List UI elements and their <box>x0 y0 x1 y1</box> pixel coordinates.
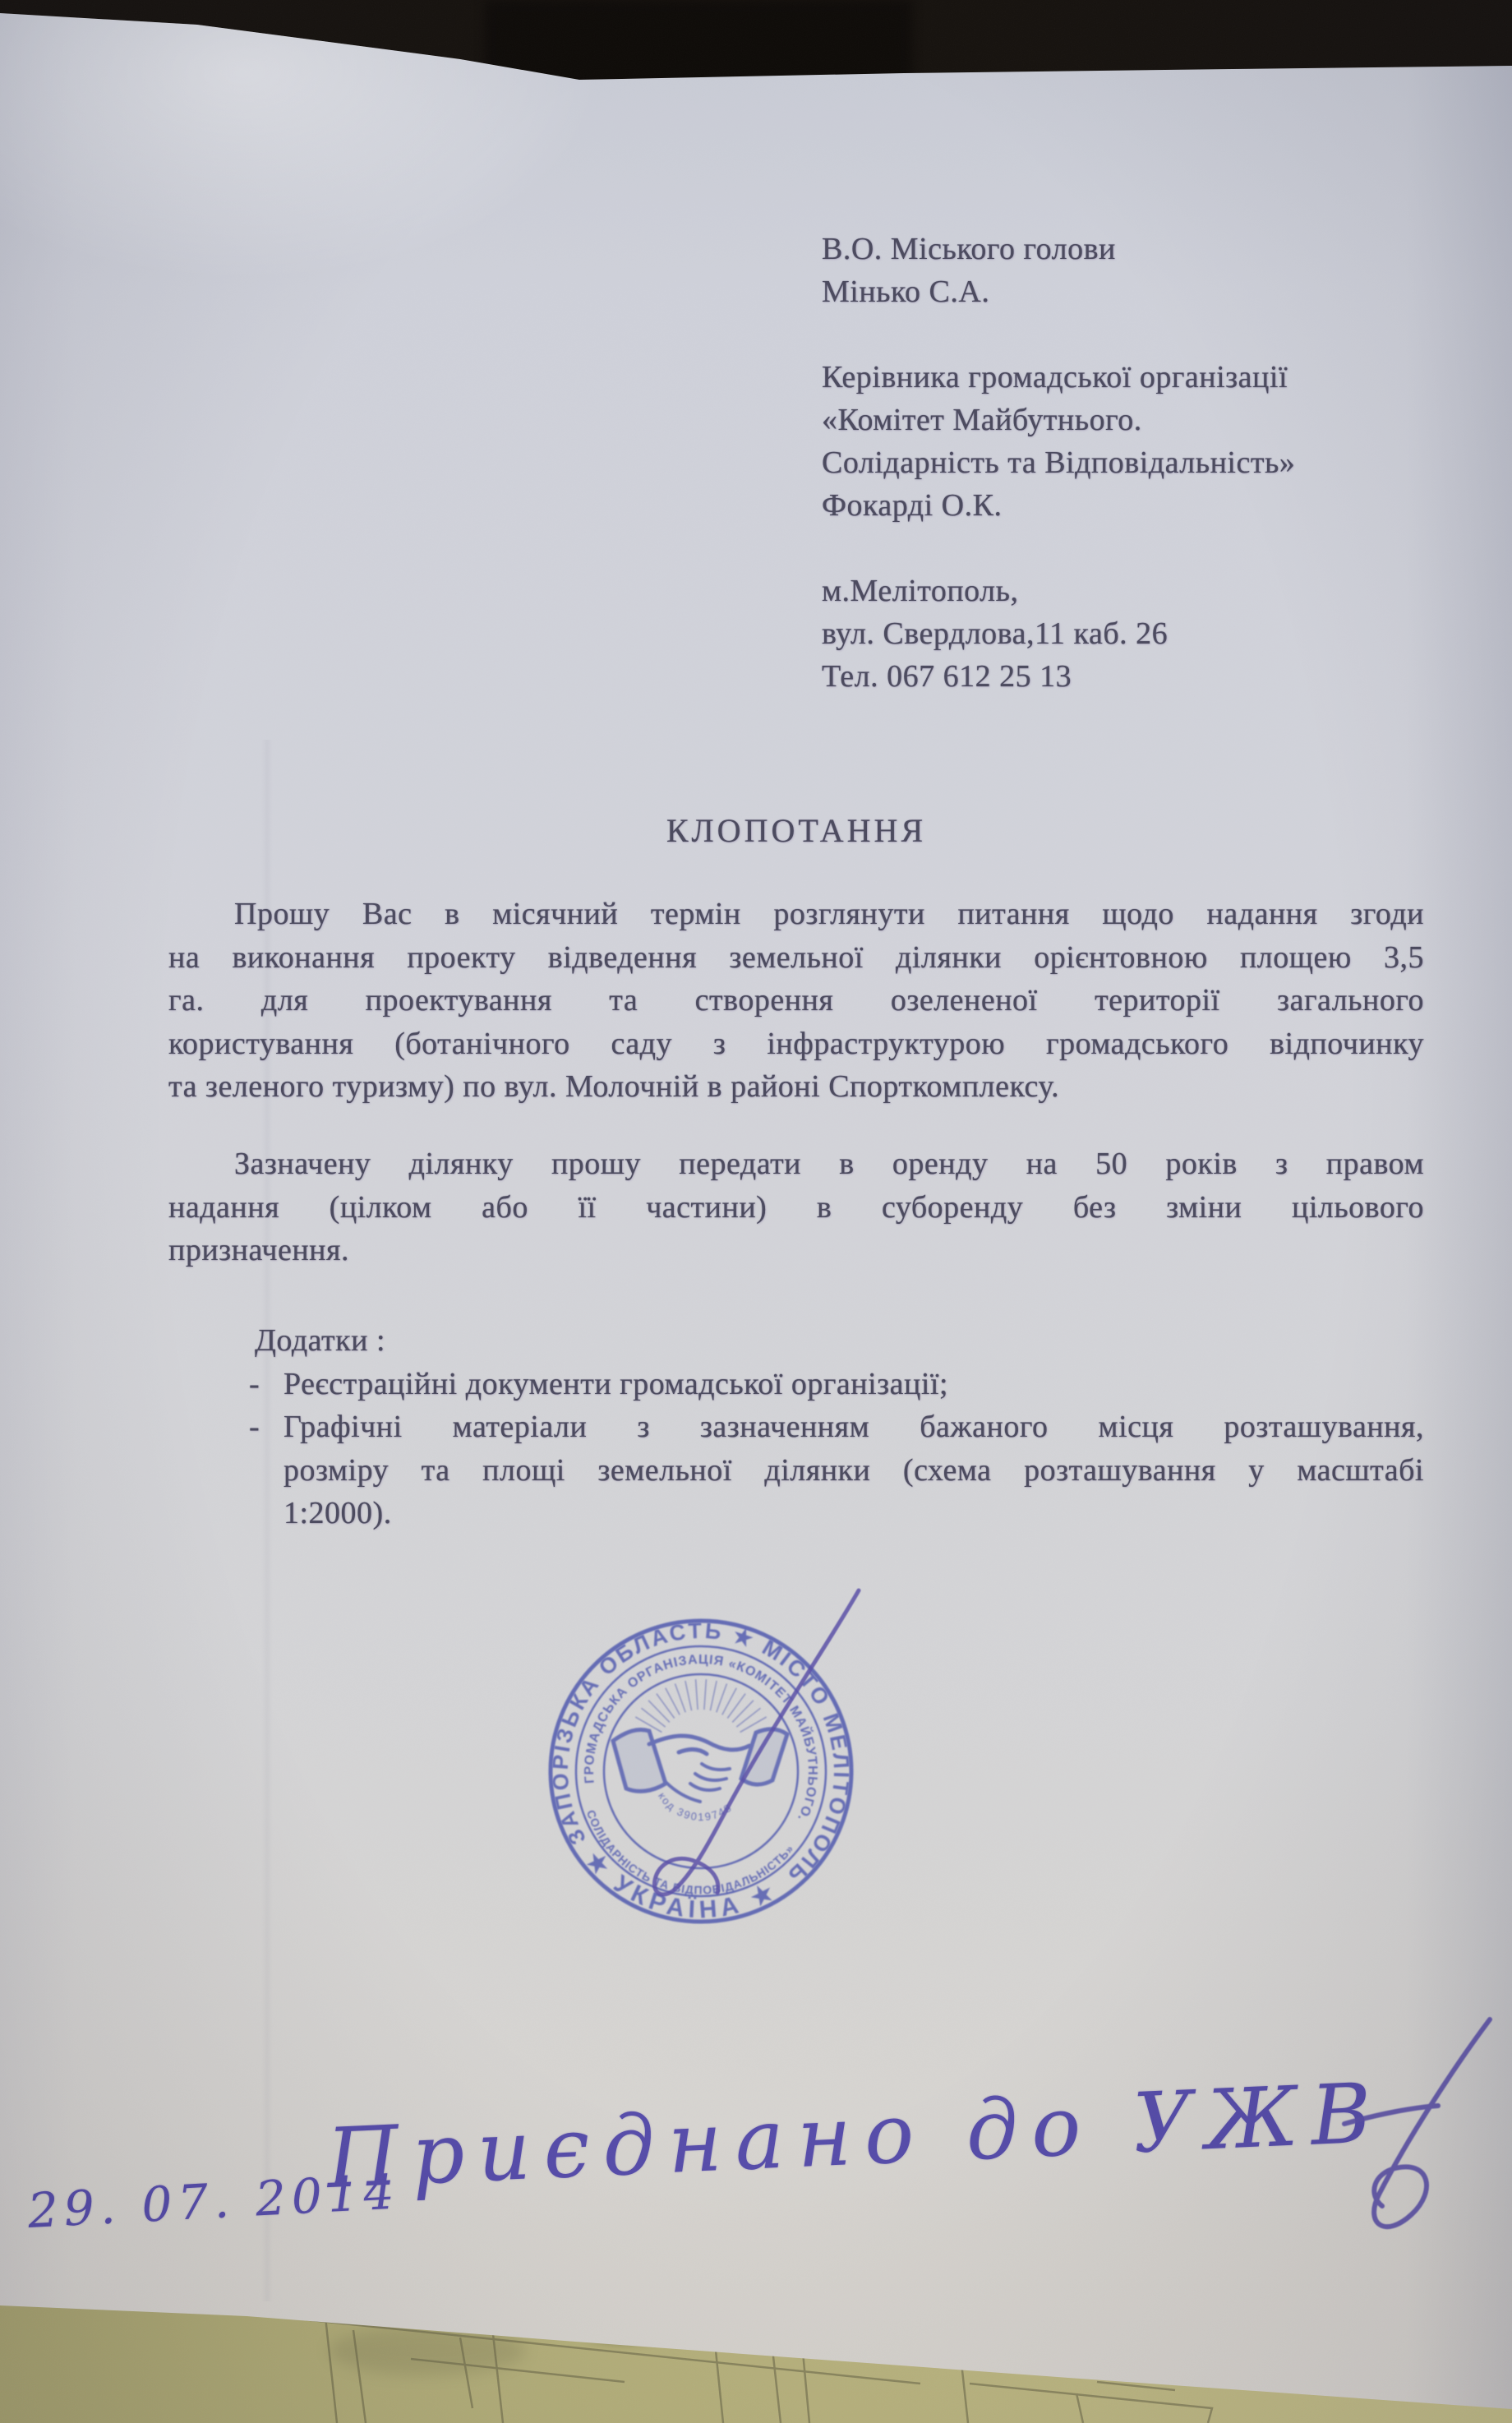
attachment-item: - Реєстраційні документи громадської орг… <box>168 1363 1424 1406</box>
attachments-section: Додатки : - Реєстраційні документи грома… <box>168 1319 1424 1535</box>
list-dash: - <box>249 1405 260 1449</box>
attachment-text: розміру та площі земельної ділянки (схем… <box>283 1449 1424 1493</box>
applicant-line: Керівника громадської організації <box>822 356 1295 399</box>
recipient-line: Мінько С.А. <box>822 270 1295 313</box>
address-block: В.О. Міського голови Мінько С.А. Керівни… <box>822 228 1295 698</box>
body-line: га. для проектування та створення озелен… <box>168 979 1424 1022</box>
paragraph-1: Прошу Вас в місячний термін розглянути п… <box>168 893 1424 1109</box>
recipient-line: В.О. Міського голови <box>822 228 1295 270</box>
signature-flourish <box>1313 1999 1512 2254</box>
attachment-text: 1:2000). <box>283 1492 1424 1535</box>
attachment-text: Реєстраційні документи громадської орган… <box>283 1363 1424 1406</box>
signature-stroke <box>505 1574 916 1944</box>
applicant-block: Керівника громадської організації «Коміт… <box>822 356 1295 527</box>
contact-line: м.Мелітополь, <box>822 570 1295 612</box>
body-line: на виконання проекту відведення земельно… <box>168 936 1424 980</box>
applicant-line: Солідарність та Відповідальність» <box>822 441 1295 484</box>
body-line: Зазначену ділянку прошу передати в оренд… <box>168 1142 1424 1186</box>
letter-page: В.О. Міського голови Мінько С.А. Керівни… <box>0 0 1512 2423</box>
body-line: Прошу Вас в місячний термін розглянути п… <box>168 893 1424 936</box>
document-title: КЛОПОТАННЯ <box>168 811 1424 850</box>
handwritten-note: Приєднано до УЖВ <box>325 2065 1386 2207</box>
body-line: призначення. <box>168 1229 1424 1272</box>
list-dash: - <box>249 1363 260 1406</box>
applicant-line: «Комітет Майбутнього. <box>822 399 1295 441</box>
body-line: користування (ботанічного саду з інфраст… <box>168 1022 1424 1066</box>
contact-line: вул. Свердлова,11 каб. 26 <box>822 612 1295 655</box>
contact-line: Тел. 067 612 25 13 <box>822 655 1295 698</box>
body-line: та зеленого туризму) по вул. Молочній в … <box>168 1065 1424 1109</box>
attachments-heading: Додатки : <box>255 1319 1424 1363</box>
body-line: надання (цілком або її частини) в суборе… <box>168 1186 1424 1230</box>
recipient-block: В.О. Міського голови Мінько С.А. <box>822 228 1295 313</box>
attachment-text: Графічні матеріали з зазначенням бажаног… <box>283 1405 1424 1449</box>
applicant-line: Фокарді О.К. <box>822 484 1295 527</box>
paragraph-2: Зазначену ділянку прошу передати в оренд… <box>168 1142 1424 1272</box>
attachment-item: - Графічні матеріали з зазначенням бажан… <box>168 1405 1424 1535</box>
contact-block: м.Мелітополь, вул. Свердлова,11 каб. 26 … <box>822 570 1295 698</box>
